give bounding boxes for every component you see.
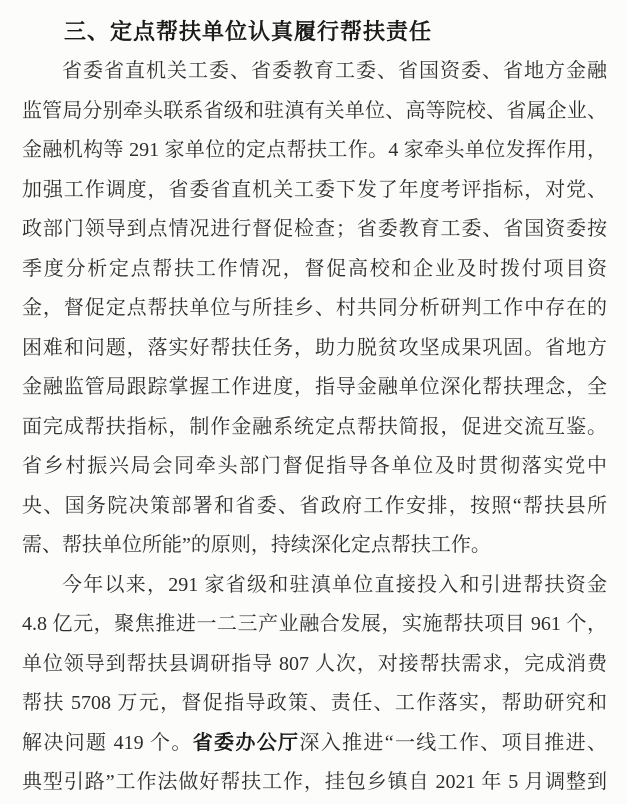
paragraph-line: 今年以来，291 家省级和驻滇单位直接投入和引进帮扶资金 [22,566,607,606]
paragraph-line: 单位领导到帮扶县调研指导 807 人次，对接帮扶需求，完成消费 [22,645,607,685]
paragraph-line: 解决问题 419 个。省委办公厅深入推进“一线工作、项目推进、 [22,724,607,764]
paragraph-line: 金，督促定点帮扶单位与所挂乡、村共同分析研判工作中存在的 [22,289,607,329]
paragraph-line: 加强工作调度，省委省直机关工委下发了年度考评指标，对党、 [22,171,607,211]
paragraph-line: 需、帮扶单位所能”的原则，持续深化定点帮扶工作。 [22,526,607,566]
paragraph-line: 政部门领导到点情况进行督促检查；省委教育工委、省国资委按 [22,210,607,250]
paragraph-line: 典型引路”工作法做好帮扶工作，挂包乡镇自 2021 年 5 月调整到 [22,763,607,803]
section-heading: 三、定点帮扶单位认真履行帮扶责任 [22,12,607,52]
paragraph-line: 困难和问题，落实好帮扶任务，助力脱贫攻坚成果巩固。省地方 [22,329,607,369]
paragraph-line: 季度分析定点帮扶工作情况，督促高校和企业及时拨付项目资 [22,250,607,290]
paragraph-line: 金融机构等 291 家单位的定点帮扶工作。4 家牵头单位发挥作用， [22,131,607,171]
paragraph-line: 面完成帮扶指标，制作金融系统定点帮扶简报，促进交流互鉴。 [22,408,607,448]
paragraph-line: 省乡村振兴局会同牵头部门督促指导各单位及时贯彻落实党中 [22,447,607,487]
paragraph-line: 省委省直机关工委、省委教育工委、省国资委、省地方金融 [22,52,607,92]
paragraph-line: 4.8 亿元，聚焦推进一二三产业融合发展，实施帮扶项目 961 个， [22,605,607,645]
paragraph-line: 帮扶 5708 万元，督促指导政策、责任、工作落实，帮助研究和 [22,684,607,724]
document-page: 三、定点帮扶单位认真履行帮扶责任 省委省直机关工委、省委教育工委、省国资委、省地… [0,0,627,804]
paragraph-line: 央、国务院决策部署和省委、省政府工作安排，按照“帮扶县所 [22,487,607,527]
bold-org-name: 省委办公厅 [193,732,300,754]
line-text: 解决问题 419 个。 [22,732,193,754]
line-text: 深入推进“一线工作、项目推进、 [299,732,607,754]
paragraph-line: 金融监管局跟踪掌握工作进度，指导金融单位深化帮扶理念，全 [22,368,607,408]
paragraph-line: 监管局分别牵头联系省级和驻滇有关单位、高等院校、省属企业、 [22,92,607,132]
